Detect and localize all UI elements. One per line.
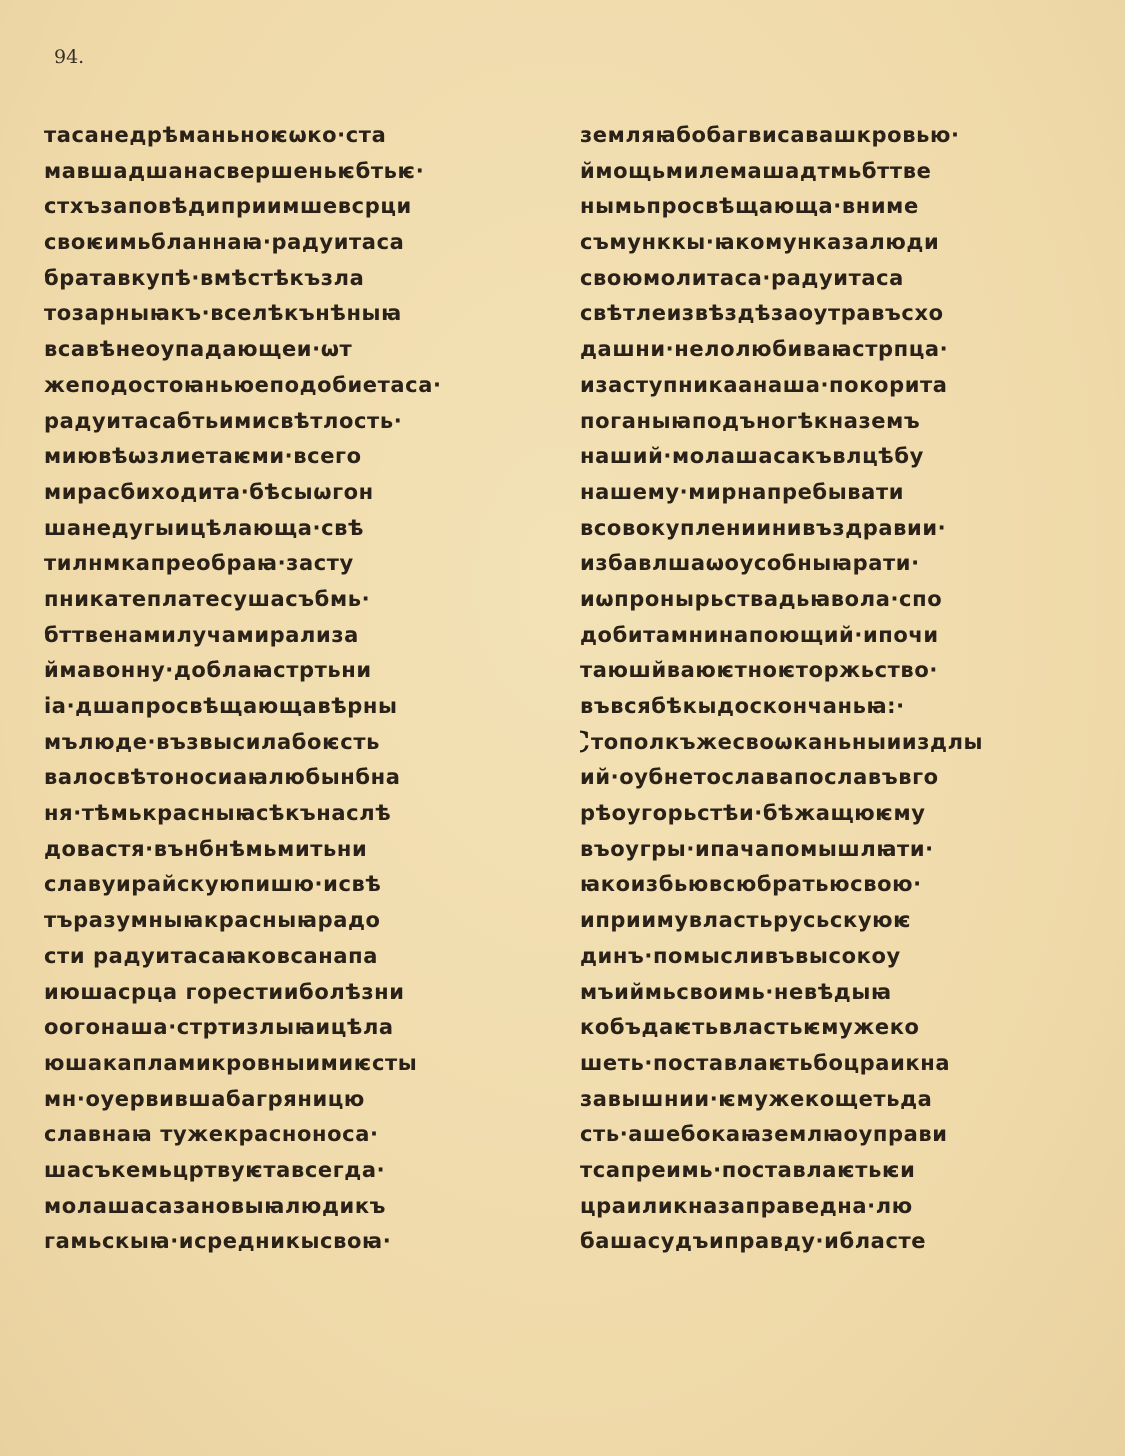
text-line: ня·тѣмькрасныꙗсѣкънаслѣ (44, 796, 544, 832)
text-line: таюшйваюѥтноѥторжьство· (580, 653, 1080, 689)
text-line: шасъкемьцртвуѥтавсегда· (44, 1153, 544, 1189)
text-line: ꙗкоизбьювсюбратьюсвою· (580, 867, 1080, 903)
text-line: валосвѣтоносиаꙗлюбынбна (44, 760, 544, 796)
text-line: тилнмкапреобраꙗ·засту (44, 546, 544, 582)
text-line: добитамнинапоющий·ипочи (580, 618, 1080, 654)
text-line: цраиликназаправедна·лю (580, 1189, 1080, 1225)
text-line: своѥимьбланнаꙗ·радуитаса (44, 225, 544, 261)
text-line: братавкупѣ·вмѣстѣкъзла (44, 261, 544, 297)
text-line: сть·ашебокаꙗземлꙗоуправи (580, 1117, 1080, 1153)
text-line: радуитасабтьимисвѣтлость· (44, 404, 544, 440)
text-line: съмунккы·ꙗкомунказалюди (580, 225, 1080, 261)
right-text-column: земляꙗбобагвисавашкровью· ймощьмилемашад… (580, 118, 1080, 1260)
left-text-column: тасанедрѣманьноѥѡко·ста мавшадшанасверше… (44, 118, 544, 1260)
decorated-initial-letter: С (580, 725, 591, 759)
text-line: поганыꙗподъногѣкназемъ (580, 404, 1080, 440)
text-line: ймощьмилемашадтмьбттве (580, 154, 1080, 190)
text-line: тасанедрѣманьноѥѡко·ста (44, 118, 544, 154)
text-line: въоугры·ипачапомышлꙗти· (580, 832, 1080, 868)
text-line-content: тополкъжесвоѡканьныииздлы (591, 730, 983, 754)
text-line: ймавонну·доблаꙗстртьни (44, 653, 544, 689)
text-line: мн·оуервившабагряницю (44, 1082, 544, 1118)
text-line: изаступникаанаша·покорита (580, 368, 1080, 404)
text-line: июшасрца горестииболѣзни (44, 975, 544, 1011)
text-line: мъиймьсвоимь·невѣдыꙗ (580, 975, 1080, 1011)
text-line: дашни·нелолюбиваꙗстрпца· (580, 332, 1080, 368)
text-line: бттвенамилучамирализа (44, 618, 544, 654)
text-line: оогонаша·стртизлыꙗицѣла (44, 1010, 544, 1046)
text-line: мирасбиходита·бѣсыѡгон (44, 475, 544, 511)
text-line: динъ·помысливъвысокоу (580, 939, 1080, 975)
text-line: славнаꙗ тужекрасноноса· (44, 1117, 544, 1153)
text-line: башасудъиправду·иблаcте (580, 1224, 1080, 1260)
text-line: довастя·вънбнѣмьмитьни (44, 832, 544, 868)
text-line: своюмолитаса·радуитаса (580, 261, 1080, 297)
text-line: стхъзаповѣдиприимшевсрци (44, 189, 544, 225)
text-line: нашему·мирнапребывати (580, 475, 1080, 511)
text-line: пникатеплатесушасъбмь· (44, 582, 544, 618)
text-line: търазумныꙗкрасныꙗрадо (44, 903, 544, 939)
text-line: сти радуитасаꙗковсанапа (44, 939, 544, 975)
text-line: тсапреимь·поставлаѥтьѥи (580, 1153, 1080, 1189)
manuscript-page: 94. тасанедрѣманьноѥѡко·ста мавшадшанасв… (0, 0, 1125, 1456)
text-line: нымьпросвѣщающа·вниме (580, 189, 1080, 225)
text-line: свѣтлеизвѣздѣзаоутравъсхо (580, 296, 1080, 332)
text-line: наший·молашасакъвлцѣбу (580, 439, 1080, 475)
text-line: славуирайскуюпишю·исвѣ (44, 867, 544, 903)
text-line: избавлшаѡоусобныꙗрати· (580, 546, 1080, 582)
text-line: завышнии·ѥмужекощетьда (580, 1082, 1080, 1118)
text-line: іа·дшапросвѣщающавѣрны (44, 689, 544, 725)
text-line: земляꙗбобагвисавашкровью· (580, 118, 1080, 154)
text-line: миювѣѡзлиетаѥми·всего (44, 439, 544, 475)
text-line: иѡпронырьствадьꙗвола·спо (580, 582, 1080, 618)
text-line: жеподостоꙗньюеподобиетаса· (44, 368, 544, 404)
text-line: тозарныꙗкъ·вселѣкънѣныꙗ (44, 296, 544, 332)
text-line: шеть·поставлаѥтьбоцраикна (580, 1046, 1080, 1082)
text-line: ий·оубнетославапославъвго (580, 760, 1080, 796)
text-line: гамьскыꙗ·исредникысвоꙗ· (44, 1224, 544, 1260)
text-line: въвсябѣкыдоскончаньꙗ:· (580, 689, 1080, 725)
text-line: мавшадшанасвершеньѥбтьѥ· (44, 154, 544, 190)
page-number: 94. (54, 46, 84, 68)
text-line-with-initial: С тополкъжесвоѡканьныииздлы (580, 725, 1080, 761)
text-line: мълюде·възвысилабоѥсть (44, 725, 544, 761)
text-line: рѣоугорьстѣи·бѣжащюѥму (580, 796, 1080, 832)
text-line: иприимувластьрусьскуюѥ (580, 903, 1080, 939)
text-line: кобъдаѥтьвластьѥмужеко (580, 1010, 1080, 1046)
text-line: всовокуплениинивъздравии· (580, 511, 1080, 547)
text-line: молашасазановыꙗлюдикъ (44, 1189, 544, 1225)
text-line: всавѣнеоупадающеи·ѡт (44, 332, 544, 368)
text-line: юшакапламикровныимиѥсты (44, 1046, 544, 1082)
text-line: шанедугыицѣлающа·свѣ (44, 511, 544, 547)
